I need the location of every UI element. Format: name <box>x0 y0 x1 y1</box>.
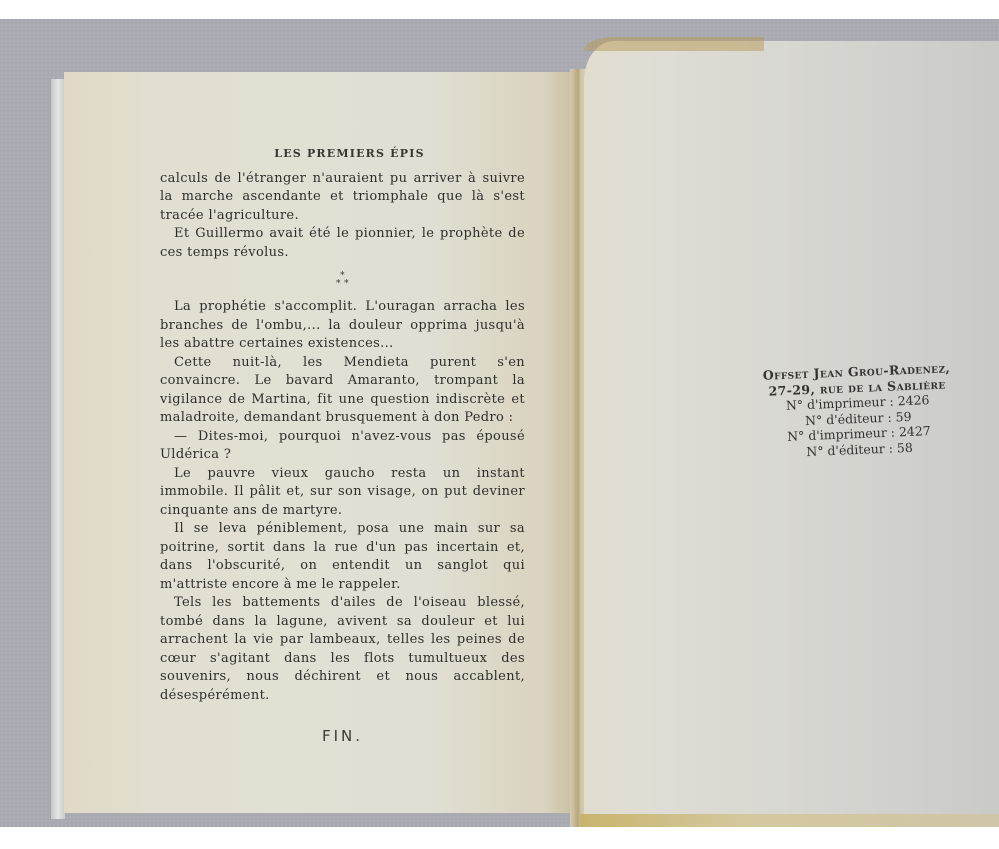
paragraph: Et Guillermo avait été le pionnier, le p… <box>160 225 525 262</box>
paragraph: calculs de l'étranger n'auraient pu arri… <box>160 170 525 226</box>
book-cover-edge <box>50 79 65 819</box>
paragraph: La prophétie s'accomplit. L'ouragan arra… <box>160 298 525 354</box>
asterism-section-break: * * * <box>160 262 525 298</box>
printer-colophon: Offset Jean Grou-Radenez, 27-29, rue de … <box>746 360 970 462</box>
asterism-bottom: * * <box>160 280 525 288</box>
paragraph: Cette nuit-là, les Mendieta purent s'en … <box>160 354 525 428</box>
paragraph: Il se leva péniblement, posa une main su… <box>160 520 525 594</box>
end-mark: FIN. <box>160 727 525 746</box>
dialogue-line: — Dites-moi, pourquoi n'avez-vous pas ép… <box>160 428 525 465</box>
running-head: LES PREMIERS ÉPIS <box>160 145 525 164</box>
aged-page-edge <box>580 814 999 827</box>
paragraph: Tels les battements d'ailes de l'oiseau … <box>160 594 525 705</box>
left-page-text: LES PREMIERS ÉPIS calculs de l'étranger … <box>160 145 525 746</box>
paragraph: Le pauvre vieux gaucho resta un instant … <box>160 465 525 521</box>
